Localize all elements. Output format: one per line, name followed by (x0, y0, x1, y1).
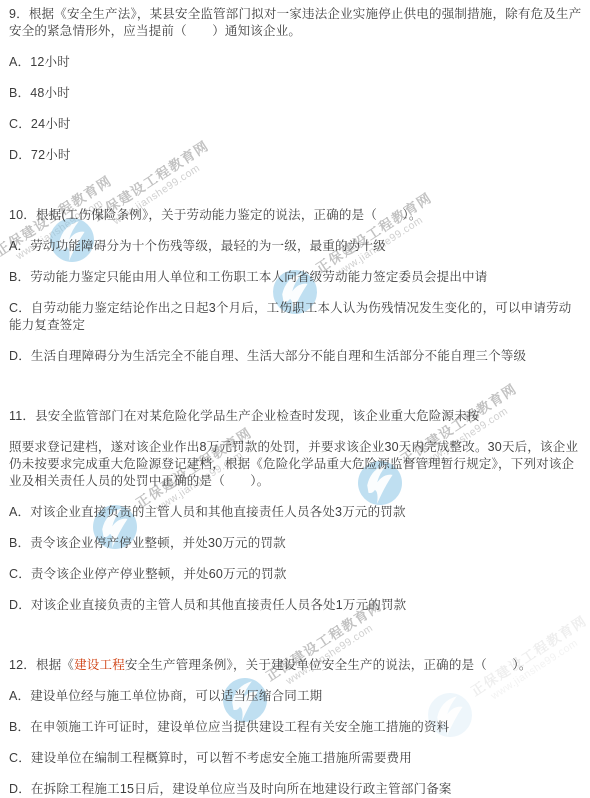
question-12-title: 12．根据《建设工程安全生产管理条例》，关于建设单位安全生产的说法，正确的是（ … (9, 657, 583, 674)
exam-document-page: { "page": { "background_color": "#ffffff… (0, 0, 590, 798)
question-10-option-d: D．生活自理障碍分为生活完全不能自理、生活大部分不能自理和生活部分不能自理三个等… (9, 348, 583, 365)
question-11-option-b: B．责令该企业停产停业整顿，并处30万元的罚款 (9, 535, 583, 552)
question-9-option-c: C．24小时 (9, 116, 583, 133)
question-11-option-c: C．责令该企业停产停业整顿，并处60万元的罚款 (9, 566, 583, 583)
question-12-option-c: C．建设单位在编制工程概算时，可以暂不考虑安全施工措施所需要费用 (9, 750, 583, 767)
question-11-title: 11．县安全监管部门在对某危险化学品生产企业检查时发现，该企业重大危险源未按 (9, 408, 583, 425)
question-11-body: 照要求登记建档，遂对该企业作出8万元罚款的处罚，并要求该企业30天内完成整改。3… (9, 439, 583, 490)
question-12-option-b: B．在申领施工许可证时，建设单位应当提供建设工程有关安全施工措施的资料 (9, 719, 583, 736)
question-12-option-a: A．建设单位经与施工单位协商，可以适当压缩合同工期 (9, 688, 583, 705)
question-12-title-prefix: 12．根据《 (9, 658, 74, 672)
question-10-option-a: A．劳动功能障碍分为十个伤残等级，最轻的为一级，最重的为十级 (9, 238, 583, 255)
question-11-option-d: D．对该企业直接负责的主管人员和其他直接责任人员各处1万元的罚款 (9, 597, 583, 614)
question-10-option-c: C．自劳动能力鉴定结论作出之日起3个月后，工伤职工本人认为伤残情况发生变化的，可… (9, 300, 583, 334)
questions-list: 9．根据《安全生产法》，某县安全监管部门拟对一家违法企业实施停止供电的强制措施，… (0, 0, 590, 798)
question-9-option-d: D．72小时 (9, 147, 583, 164)
question-10-title: 10．根据(工伤保险条例》，关于劳动能力鉴定的说法，正确的是（ ）。 (9, 207, 583, 224)
highlighted-keyword-link[interactable]: 建设工程 (74, 658, 125, 672)
question-11-option-a: A．对该企业直接负责的主管人员和其他直接责任人员各处3万元的罚款 (9, 504, 583, 521)
question-9-option-b: B．48小时 (9, 85, 583, 102)
question-9-title: 9．根据《安全生产法》，某县安全监管部门拟对一家违法企业实施停止供电的强制措施，… (9, 6, 583, 40)
question-10-option-b: B．劳动能力鉴定只能由用人单位和工伤职工本人向省级劳动能力签定委员会提出中请 (9, 269, 583, 286)
question-12-title-suffix: 安全生产管理条例》，关于建设单位安全生产的说法，正确的是（ ）。 (125, 658, 532, 672)
question-9-option-a: A．12小时 (9, 54, 583, 71)
question-12-option-d: D．在拆除工程施工15日后，建设单位应当及时向所在地建设行政主管部门备案 (9, 781, 583, 798)
